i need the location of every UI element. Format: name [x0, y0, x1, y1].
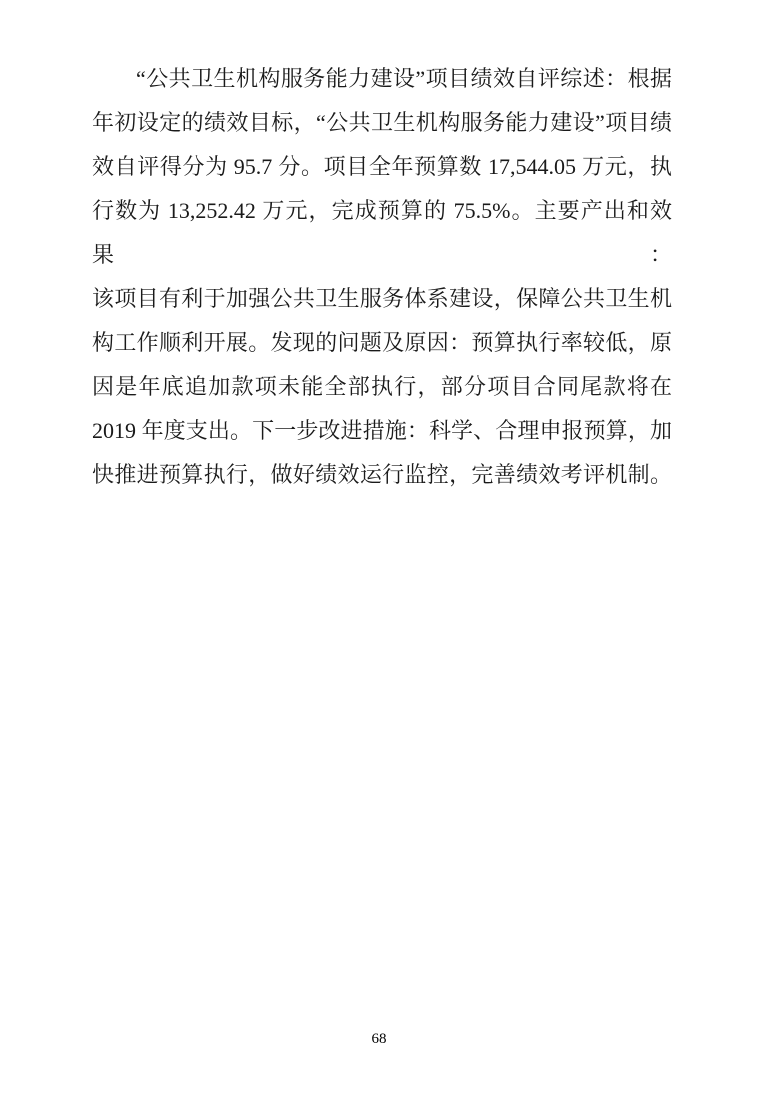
- paragraph-line: 构工作顺利开展。发现的问题及原因：预算执行率较低，原: [92, 321, 672, 365]
- paragraph-line: 因是年底追加款项未能全部执行，部分项目合同尾款将在: [92, 365, 672, 409]
- paragraph-line: 年初设定的绩效目标，“公共卫生机构服务能力建设”项目绩: [92, 101, 672, 145]
- paragraph-line: 该项目有利于加强公共卫生服务体系建设，保障公共卫生机: [92, 277, 672, 321]
- paragraph-line: 行数为 13,252.42 万元，完成预算的 75.5%。主要产出和效果：: [92, 189, 672, 277]
- paragraph-line: 效自评得分为 95.7 分。项目全年预算数 17,544.05 万元，执: [92, 145, 672, 189]
- document-page: “公共卫生机构服务能力建设”项目绩效自评综述：根据 年初设定的绩效目标，“公共卫…: [0, 0, 758, 1100]
- paragraph: “公共卫生机构服务能力建设”项目绩效自评综述：根据 年初设定的绩效目标，“公共卫…: [92, 57, 672, 497]
- paragraph-line: 快推进预算执行，做好绩效运行监控，完善绩效考评机制。: [92, 453, 672, 497]
- page-footer: 68: [0, 1030, 758, 1048]
- paragraph-line: 2019 年度支出。下一步改进措施：科学、合理申报预算，加: [92, 409, 672, 453]
- page-number: 68: [372, 1031, 387, 1047]
- paragraph-line: “公共卫生机构服务能力建设”项目绩效自评综述：根据: [92, 57, 672, 101]
